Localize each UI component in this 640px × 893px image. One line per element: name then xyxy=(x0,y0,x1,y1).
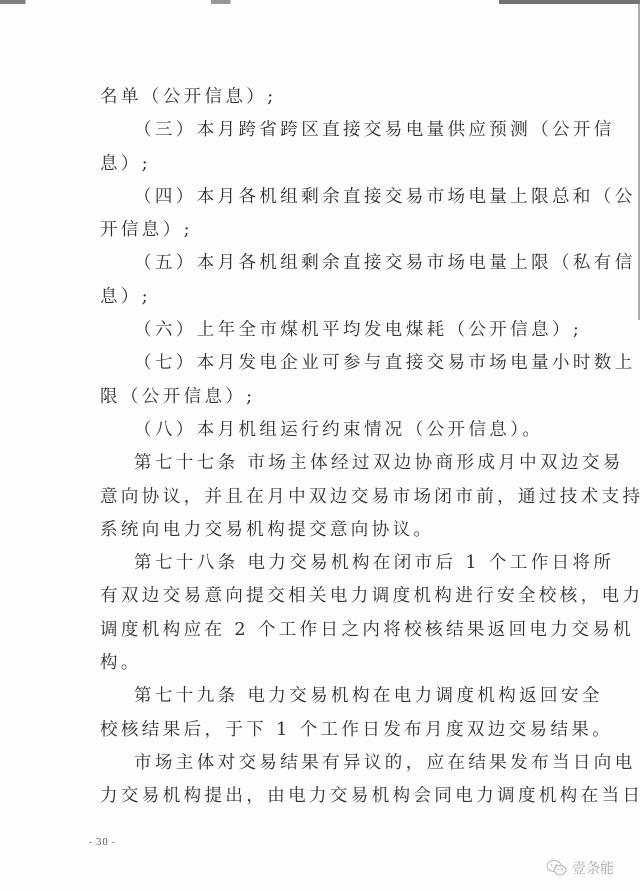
text-line: 名单（公开信息）; xyxy=(100,85,550,118)
text-line: 调度机构应在 2 个工作日之内将校核结果返回电力交易机 xyxy=(100,618,550,651)
text-line: 开信息）; xyxy=(100,218,550,251)
text-line: 意向协议，并且在月中双边交易市场闭市前，通过技术支持 xyxy=(100,485,550,518)
text-line: （三）本月跨省跨区直接交易电量供应预测（公开信 xyxy=(100,118,550,151)
watermark: 壹条能 xyxy=(546,858,614,878)
text-line: （五）本月各机组剩余直接交易市场电量上限（私有信 xyxy=(100,251,550,284)
text-line: 构。 xyxy=(100,651,550,684)
text-line: （四）本月各机组剩余直接交易市场电量上限总和（公 xyxy=(100,185,550,218)
scan-top-edge xyxy=(0,0,640,4)
text-line: 市场主体对交易结果有异议的，应在结果发布当日向电 xyxy=(100,751,550,784)
wechat-icon xyxy=(546,859,568,877)
text-line: （六）上年全市煤机平均发电煤耗（公开信息）; xyxy=(100,318,550,351)
article-79-heading-line: 第七十九条 电力交易机构在电力调度机构返回安全 xyxy=(100,684,550,717)
text-line: 息）; xyxy=(100,285,550,318)
watermark-label: 壹条能 xyxy=(572,858,614,878)
text-line: 校核结果后，于下 1 个工作日发布月度双边交易结果。 xyxy=(100,718,550,751)
text-line: 力交易机构提出，由电力交易机构会同电力调度机构在当日 xyxy=(100,784,550,817)
article-77-heading-line: 第七十七条 市场主体经过双边协商形成月中双边交易 xyxy=(100,451,550,484)
article-78-heading-line: 第七十八条 电力交易机构在闭市后 1 个工作日将所 xyxy=(100,551,550,584)
text-line: 限（公开信息）; xyxy=(100,385,550,418)
text-line: （七）本月发电企业可参与直接交易市场电量小时数上 xyxy=(100,351,550,384)
document-body: 名单（公开信息）; （三）本月跨省跨区直接交易电量供应预测（公开信 息）; （四… xyxy=(100,85,550,818)
page-number: - 30 - xyxy=(89,838,115,848)
text-line: 有双边交易意向提交相关电力调度机构进行安全校核，电力 xyxy=(100,584,550,617)
text-line: （八）本月机组运行约束情况（公开信息）。 xyxy=(100,418,550,451)
text-line: 系统向电力交易机构提交意向协议。 xyxy=(100,518,550,551)
text-line: 息）; xyxy=(100,152,550,185)
